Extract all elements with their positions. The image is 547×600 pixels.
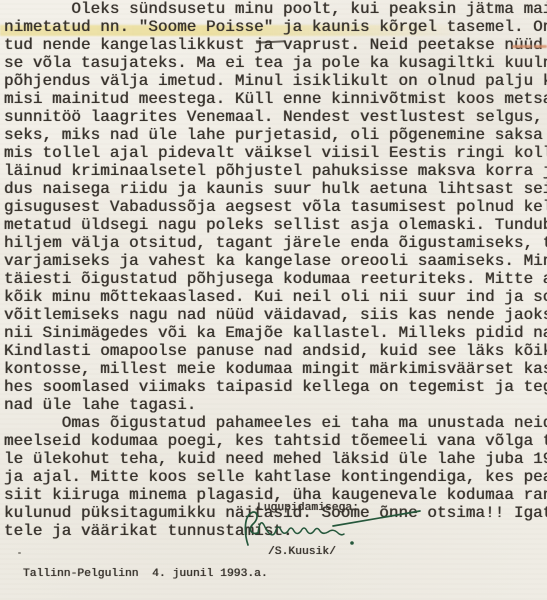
letter-body: Oleks sündsusetu minu poolt, kui peaksin… bbox=[4, 0, 545, 540]
place-dateline: Tallinn-Pelgulinn 4. juunil 1993.a. bbox=[23, 566, 268, 583]
signature-name: /S.Kuusik/ bbox=[268, 544, 336, 561]
margin-dash-mark bbox=[512, 45, 547, 48]
paper-speck bbox=[18, 552, 21, 554]
letter-paragraph-1: Oleks sündsusetu minu poolt, kui peaksin… bbox=[4, 0, 545, 414]
letter-page: Oleks sündsusetu minu poolt, kui peaksin… bbox=[0, 0, 547, 600]
